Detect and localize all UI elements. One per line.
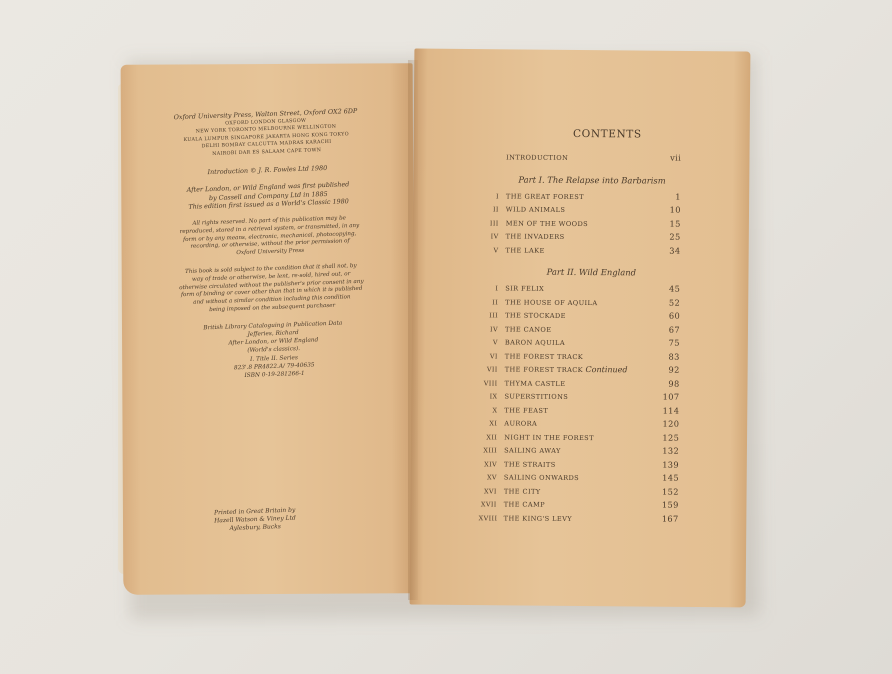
toc-row: VBARON AQUILA75	[480, 336, 680, 351]
toc-row: XVITHE CITY152	[479, 485, 679, 500]
toc-row: XVIITHE CAMP159	[479, 498, 679, 513]
toc-row: VIITHE FOREST TRACK Continued92	[480, 363, 680, 378]
cip-data: British Library Cataloguing in Publicati…	[161, 318, 387, 383]
toc-row: VITHE FOREST TRACK83	[480, 350, 680, 365]
part-2-chapters: ISIR FELIX45 IITHE HOUSE OF AQUILA52 III…	[479, 282, 681, 526]
toc-row: ISIR FELIX45	[480, 282, 680, 297]
table-of-contents: CONTENTS INTRODUCTION vii Part I. The Re…	[479, 127, 682, 526]
toc-row: XIINIGHT IN THE FOREST125	[479, 431, 679, 446]
sale-conditions: This book is sold subject to the conditi…	[159, 262, 384, 317]
toc-row: XTHE FEAST114	[479, 404, 679, 419]
continued-label: Continued	[585, 365, 627, 374]
publication-history: After London, or Wild England was first …	[156, 179, 381, 213]
toc-introduction: INTRODUCTION vii	[481, 151, 681, 166]
toc-row: IIWILD ANIMALS10	[481, 203, 681, 218]
contents-title: CONTENTS	[533, 128, 681, 141]
toc-row: IVTHE INVADERS25	[481, 230, 681, 245]
copyright-imprint: Oxford University Press, Walton Street, …	[153, 106, 386, 383]
toc-row: XVSAILING ONWARDS145	[479, 471, 679, 486]
rights-notice: All rights reserved. No part of this pub…	[157, 214, 382, 261]
printer-credit: Printed in Great Britain by Hazell Watso…	[205, 506, 306, 533]
toc-row: VIIITHYMA CASTLE98	[480, 377, 680, 392]
toc-row: IIIMEN OF THE WOODS15	[481, 217, 681, 232]
part-heading: Part I. The Relapse into Barbarism	[503, 174, 681, 185]
introduction-copyright: Introduction © J. R. Fowles Ltd 1980	[155, 162, 379, 178]
toc-row: XIVTHE STRAITS139	[479, 458, 679, 473]
toc-row: XVIIITHE KING'S LEVY167	[479, 512, 679, 527]
part-heading: Part II. Wild England	[502, 266, 680, 277]
part-1-chapters: ITHE GREAT FOREST1 IIWILD ANIMALS10 IIIM…	[480, 190, 680, 259]
toc-row: IIITHE STOCKADE60	[480, 309, 680, 324]
toc-row: IITHE HOUSE OF AQUILA52	[480, 296, 680, 311]
toc-row: XIIISAILING AWAY132	[479, 444, 679, 459]
toc-row: XIAURORA120	[479, 417, 679, 432]
toc-row: VTHE LAKE34	[480, 244, 680, 259]
toc-row: IXSUPERSTITIONS107	[479, 390, 679, 405]
toc-row: IVTHE CANOE67	[480, 323, 680, 338]
book-gutter	[408, 60, 418, 600]
toc-row: ITHE GREAT FOREST1	[481, 190, 681, 205]
publisher-cities: OXFORD LONDON GLASGOW NEW YORK TORONTO M…	[154, 115, 379, 161]
